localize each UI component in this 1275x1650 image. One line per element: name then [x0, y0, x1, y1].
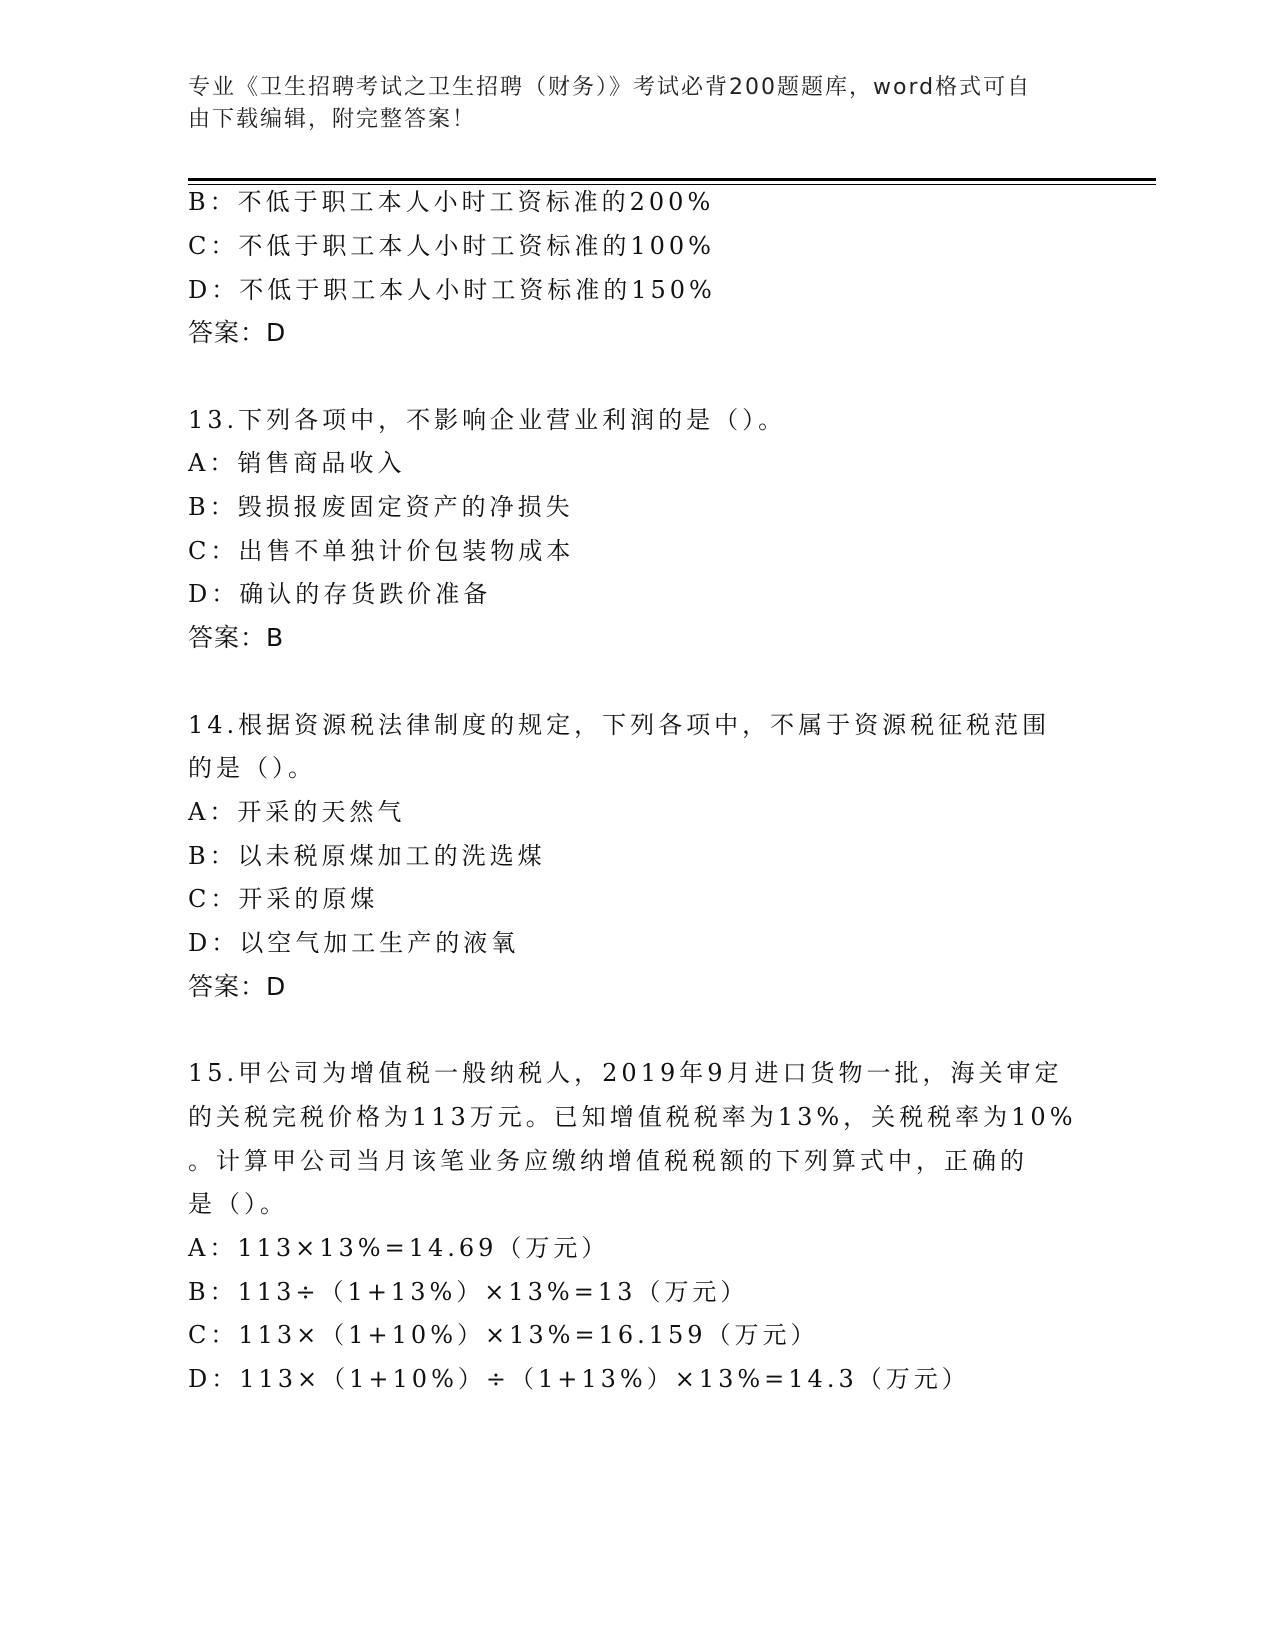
q12-option-d: D：不低于职工本人小时工资标准的150%	[188, 274, 716, 306]
q13-option-d: D：确认的存货跌价准备	[188, 578, 491, 610]
q14-stem-line-1: 14.根据资源税法律制度的规定，下列各项中，不属于资源税征税范围	[188, 709, 1050, 741]
q14-option-b: B：以未税原煤加工的洗选煤	[188, 840, 546, 872]
q15-option-c: C：113×（1+10%）×13%=16.159（万元）	[188, 1319, 819, 1351]
header-line-1: 专业《卫生招聘考试之卫生招聘（财务）》考试必背200题题库，word格式可自	[188, 72, 1068, 104]
q14-stem-line-2: 的是（）。	[188, 752, 316, 784]
q12-answer: 答案：D	[188, 317, 286, 349]
q13-stem: 13.下列各项中，不影响企业营业利润的是（）。	[188, 404, 786, 436]
header-line-2: 由下载编辑，附完整答案！	[188, 104, 1068, 136]
header-divider-thick	[188, 178, 1156, 181]
q13-option-c: C：出售不单独计价包装物成本	[188, 535, 574, 567]
q14-answer: 答案：D	[188, 971, 286, 1003]
q12-option-c: C：不低于职工本人小时工资标准的100%	[188, 230, 715, 262]
q15-option-d: D：113×（1+10%）÷（1+13%）×13%=14.3（万元）	[188, 1363, 970, 1395]
q13-option-a: A：销售商品收入	[188, 447, 405, 479]
q15-stem-line-3: 。计算甲公司当月该笔业务应缴纳增值税税额的下列算式中，正确的	[188, 1145, 1028, 1177]
q15-stem-line-4: 是（）。	[188, 1188, 288, 1220]
document-page: 专业《卫生招聘考试之卫生招聘（财务）》考试必背200题题库，word格式可自 由…	[0, 0, 1275, 1650]
q14-option-c: C：开采的原煤	[188, 883, 378, 915]
q15-option-a: A：113×13%=14.69（万元）	[188, 1232, 609, 1264]
document-header: 专业《卫生招聘考试之卫生招聘（财务）》考试必背200题题库，word格式可自 由…	[188, 72, 1068, 136]
q12-option-b: B：不低于职工本人小时工资标准的200%	[188, 186, 714, 218]
q13-option-b: B：毁损报废固定资产的净损失	[188, 491, 574, 523]
q15-stem-line-2: 的关税完税价格为113万元。已知增值税税率为13%，关税税率为10%	[188, 1101, 1077, 1133]
q13-answer: 答案：B	[188, 622, 284, 654]
q15-stem-line-1: 15.甲公司为增值税一般纳税人，2019年9月进口货物一批，海关审定	[188, 1057, 1063, 1089]
q14-option-a: A：开采的天然气	[188, 796, 405, 828]
header-divider-thin	[188, 184, 1156, 185]
q14-option-d: D：以空气加工生产的液氧	[188, 927, 519, 959]
q15-option-b: B：113÷（1+13%）×13%=13（万元）	[188, 1276, 748, 1308]
